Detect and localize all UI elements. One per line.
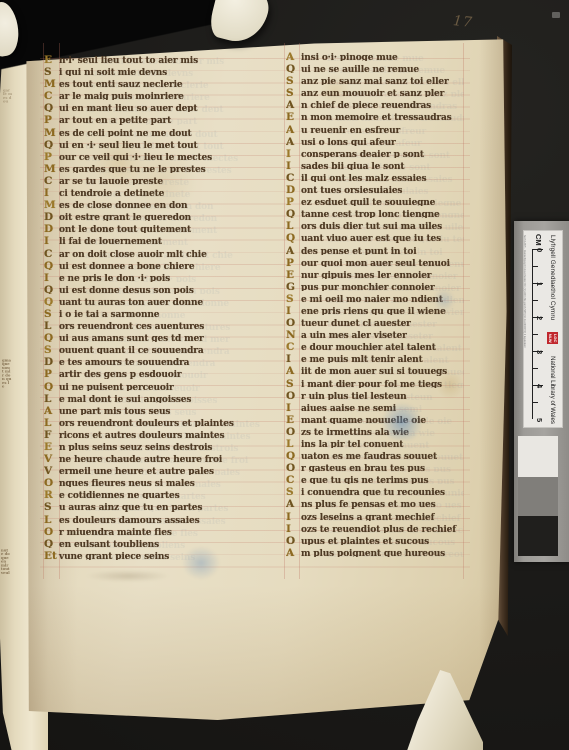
decorated-initial: A (286, 547, 301, 557)
line-text: zs te irmettins ala wie (301, 428, 409, 436)
text-line: Ausi o lons qui afeur (286, 134, 464, 146)
line-text: n chief de piece reuendras (301, 101, 431, 109)
decorated-initial: A (44, 405, 59, 415)
text-line: An chief de piece reuendras (286, 97, 464, 109)
line-text: uant viuo auer est que iu tes (301, 234, 441, 242)
nlw-logo: LGCNLW (548, 332, 559, 344)
line-text: pus pur monchier connoier (301, 283, 435, 291)
line-text: ouuent quant il ce souuendra (59, 346, 204, 354)
text-line: Qui ne se auille ne remue (286, 61, 464, 73)
decorated-initial: G (286, 281, 301, 291)
text-line: Lors reuendront ces auentures (44, 318, 284, 330)
decorated-initial: C (286, 172, 301, 182)
line-text: il qui ont les malz essaies (301, 174, 426, 182)
text-line: Par tout en a petite part (44, 112, 284, 124)
decorated-initial: I (44, 187, 59, 197)
decorated-initial: L (44, 514, 59, 524)
decorated-initial: S (44, 308, 59, 318)
text-line: Quaton es me faudras souuet (286, 448, 464, 460)
line-text: consperans deaier p sont (301, 150, 424, 158)
line-text: r gasteus en brau tes pus (301, 464, 425, 472)
text-line: Iene pris riens qu que il wiene (286, 303, 464, 315)
decorated-initial: I (286, 160, 301, 170)
text-line: Ici tendroie a detinete (44, 185, 284, 197)
decorated-initial: C (44, 175, 59, 185)
decorated-initial: L (286, 438, 301, 448)
text-line: Sanz pie sanz mai sanz toi eller (286, 73, 464, 85)
cm-label: CM (534, 234, 543, 246)
decorated-initial: M (44, 78, 59, 88)
decorated-initial: I (286, 148, 301, 158)
line-text: ene pris riens qu que il wiene (301, 307, 446, 315)
text-line: Or gasteus en brau tes pus (286, 460, 464, 472)
decorated-initial: I (44, 235, 59, 245)
text-line: Ainsi o·i· pinoge mue (286, 49, 464, 61)
text-line: Gpus pur monchier connoier (286, 279, 464, 291)
manuscript-column-left: En·i· seul lieu tout to aier misSi qui n… (44, 52, 284, 560)
decorated-initial: E (286, 111, 301, 121)
decorated-initial: O (286, 317, 301, 327)
line-text: usi o lons qui afeur (301, 138, 396, 146)
decorated-initial: M (44, 127, 59, 137)
text-line: Qui est donnee a bone chiere (44, 258, 284, 270)
folio-number: 17 (452, 13, 473, 31)
line-text: ui en mant lieu so auer dept (59, 104, 197, 112)
line-text: anz eun mouuoir et sanz pler (301, 89, 444, 97)
text-line: Cil qui ont les malz essaies (286, 170, 464, 182)
line-text: e me puis mlt tenir alent (301, 355, 423, 363)
line-text: n plus seins seuz seins destrois (59, 443, 212, 451)
line-text: ui ne se auille ne remue (301, 65, 419, 73)
line-text: ui aus amans sunt ges td mer (59, 334, 204, 342)
text-line: Iozs te reuendiot plus de rechief (286, 521, 464, 533)
decorated-initial: Q (286, 208, 301, 218)
line-text: ci tendroie a detinete (59, 189, 164, 197)
nlw-logo-bottom: NLW (549, 334, 554, 343)
line-text: insi o·i· pinoge mue (301, 53, 398, 61)
ruler-fine-print: hech 1/205 - Gwnaethpwyd Colourchecker D… (523, 235, 526, 348)
decorated-initial: Q (44, 296, 59, 306)
decorated-initial: M (44, 163, 59, 173)
line-text: des pense et punt in toi (301, 247, 416, 255)
line-text: ozs te reuendiot plus de rechief (301, 525, 456, 533)
decorated-initial: P (286, 196, 301, 206)
decorated-initial: Q (44, 332, 59, 342)
text-line: Quant tu auras ton auer donne (44, 294, 284, 306)
text-line: Si o ie tai a sarmonne (44, 306, 284, 318)
decorated-initial: M (44, 199, 59, 209)
library-name-english: National Library of Wales (550, 356, 557, 424)
text-line: Lins la pir tel conuent (286, 436, 464, 448)
decorated-initial: A (286, 365, 301, 375)
decorated-initial: C (44, 248, 59, 258)
line-text: e dour mouchier atel talent (301, 343, 436, 351)
line-text: anz pie sanz mai sanz toi eller (301, 77, 449, 85)
decorated-initial: L (44, 320, 59, 330)
line-text: es de celi point ne me dout (59, 129, 192, 137)
line-text: nques fieures neus si males (59, 479, 195, 487)
decorated-initial: Q (44, 102, 59, 112)
decorated-initial: I (286, 402, 301, 412)
decorated-initial: S (44, 344, 59, 354)
grayscale-patch-white (518, 436, 558, 477)
text-line: Or miuendra mainte fies (44, 524, 284, 536)
decorated-initial: O (286, 426, 301, 436)
grayscale-patch-black (518, 516, 558, 556)
text-line: Qui en mant lieu so auer dept (44, 100, 284, 112)
line-text: ors reuendront ces auentures (59, 322, 204, 330)
decorated-initial: Q (286, 232, 301, 242)
text-line: En mon memoire et tressaudras (286, 109, 464, 121)
decorated-initial: R (44, 489, 59, 499)
scale-number: 3 (535, 350, 544, 354)
text-line: Si qui ni soit mie devns (44, 64, 284, 76)
line-text: ors duis dier tut sui ma uiles (301, 222, 442, 230)
edge-fragment-2: nute do que en mlr tout veul (1, 549, 10, 575)
line-text: ez esduet quil te souuiegne (301, 198, 435, 206)
line-text: ont le done tout quitement (59, 225, 191, 233)
decorated-initial: A (286, 136, 301, 146)
line-text: ar le maig puis moinriere (59, 92, 184, 100)
decorated-initial: I (286, 353, 301, 363)
library-name-welsh: Llyfrgell Genedlaethol Cymru (550, 235, 557, 320)
decorated-initial: A (286, 51, 301, 61)
line-text: oit estre grant le gueredon (59, 213, 191, 221)
decorated-initial: S (44, 66, 59, 76)
line-text: li fai de louernement (59, 237, 162, 245)
line-text: our ce veil qui ·i· lieu le mectes (59, 153, 212, 161)
line-text: ermeil une heure et autre pales (59, 467, 214, 475)
text-line: Au reuenir en esfreur (286, 122, 464, 134)
page-weight-top (207, 0, 273, 48)
line-text: e cotidiennes ne quartes (59, 491, 180, 499)
text-line: Ie me puis mlt tenir alent (286, 351, 464, 363)
line-text: es gardes que tu ne le prestes (59, 165, 206, 173)
text-line: Iconsperans deaier p sont (286, 146, 464, 158)
text-line: Qui en ·i· seul lieu le met tout (44, 137, 284, 149)
text-line: Car on doit close auoir mlt chie (44, 246, 284, 258)
decorated-initial: A (286, 498, 301, 508)
line-text: tueur dunet cl auester (301, 319, 411, 327)
decorated-initial: I (286, 305, 301, 315)
decorated-initial: S (286, 87, 301, 97)
line-text: ar se tu lauoie preste (59, 177, 163, 185)
line-text: iit de mon auer sui si touuegs (301, 367, 447, 375)
decorated-initial: C (286, 474, 301, 484)
text-line: Su auras ainz que tu en partes (44, 499, 284, 511)
line-text: u auras ainz que tu en partes (59, 503, 202, 511)
line-text: upus et plaintes et sucous (301, 537, 429, 545)
ruler-label: Llyfrgell Genedlaethol Cymru LGCNLW Nati… (523, 230, 563, 428)
decorated-initial: I (286, 523, 301, 533)
text-line: Re cotidiennes ne quartes (44, 487, 284, 499)
decorated-initial: A (286, 245, 301, 255)
text-line: Si mant dier pour fol me tiegs (286, 376, 464, 388)
decorated-initial: Q (286, 450, 301, 460)
text-line: Mes de close donnee en don (44, 197, 284, 209)
text-line: Souuent quant il ce souuendra (44, 342, 284, 354)
line-text: ui en ·i· seul lieu le met tout (59, 141, 197, 149)
decorated-initial: P (44, 114, 59, 124)
text-line: Vne heure chaude autre heure froi (44, 451, 284, 463)
decorated-initial: O (44, 477, 59, 487)
decorated-initial: Q (286, 63, 301, 73)
text-line: Ce que tu qis ne terims pus (286, 472, 464, 484)
line-text: i mant dier pour fol me tiegs (301, 380, 442, 388)
decorated-initial: D (44, 211, 59, 221)
text-line: Doit estre grant le gueredon (44, 209, 284, 221)
decorated-initial: S (286, 293, 301, 303)
decorated-initial: E (44, 441, 59, 451)
decorated-initial: E (44, 54, 59, 64)
text-line: Oupus et plaintes et sucous (286, 533, 464, 545)
text-line: Emant quame nouuelle oie (286, 412, 464, 424)
scale-number: 0 (535, 248, 544, 252)
line-text: e tes amours te souuendra (59, 358, 189, 366)
decorated-initial: O (286, 535, 301, 545)
text-line: Le mal dont ie sui angoisses (44, 391, 284, 403)
text-line: Les douleurs damours assaies (44, 512, 284, 524)
decorated-initial: I (286, 511, 301, 521)
decorated-initial: A (286, 124, 301, 134)
text-line: Enur gipuis mes ler ennoier (286, 267, 464, 279)
text-line: Ce dour mouchier atel talent (286, 339, 464, 351)
line-text: e mi oeil mo naier mo ndient (301, 295, 443, 303)
line-text: m plus poignent que hureous (301, 549, 445, 557)
text-line: Ili fai de louernement (44, 233, 284, 245)
text-line: Etvune grant piece seins (44, 548, 284, 560)
text-line: Ans plus fe pensas et mo ues (286, 496, 464, 508)
decorated-initial: D (44, 356, 59, 366)
ruler-scale: CM 012345 (531, 235, 546, 423)
text-line: Car se tu lauoie preste (44, 173, 284, 185)
decorated-initial: S (286, 486, 301, 496)
decorated-initial: V (44, 453, 59, 463)
text-line: Qui ne puisent perceuoir (44, 379, 284, 391)
line-text: uant tu auras ton auer donne (59, 298, 203, 306)
manuscript-column-right: Ainsi o·i· pinoge mueQui ne se auille ne… (286, 49, 464, 557)
text-line: Dont le done tout quitement (44, 221, 284, 233)
line-text: i qui ni soit mie devns (59, 68, 167, 76)
text-line: Si conuendra que tu recounies (286, 484, 464, 496)
vertical-ruling-line-3 (284, 43, 285, 579)
text-line: Qui aus amans sunt ges td mer (44, 330, 284, 342)
text-line: Mes tout enti sauz neclerie (44, 76, 284, 88)
nlw-logo-top: LGC (554, 334, 559, 342)
line-text: aiues aaise ne semi (301, 404, 396, 412)
line-text: ozs leseins a grant mechief (301, 513, 434, 521)
top-right-mark (552, 12, 560, 18)
decorated-initial: O (44, 526, 59, 536)
decorated-initial: Q (44, 381, 59, 391)
line-text: sades bii qiua le sont (301, 162, 404, 170)
text-line: Or uin plus tiel lesteun (286, 388, 464, 400)
line-text: es tout enti sauz neclerie (59, 80, 182, 88)
decorated-initial: E (286, 414, 301, 424)
decorated-initial: Q (44, 139, 59, 149)
text-line: Quant viuo auer est que iu tes (286, 230, 464, 242)
text-line: Qen eulsant toubliens (44, 536, 284, 548)
decorated-initial: F (44, 429, 59, 439)
decorated-initial: D (286, 184, 301, 194)
line-text: a uin mes aler viseter (301, 331, 407, 339)
text-line: Otueur dunet cl auester (286, 315, 464, 327)
decorated-initial: L (44, 393, 59, 403)
line-text: r uin plus tiel lesteun (301, 392, 407, 400)
line-text: ui est donnee a bone chiere (59, 262, 194, 270)
photo-background: gma qne uout mlr don ques le nute do que… (0, 0, 569, 750)
line-text: i o ie tai a sarmonne (59, 310, 159, 318)
text-line: Iozs leseins a grant mechief (286, 509, 464, 521)
line-text: ui est donne desus son pois (59, 286, 194, 294)
text-line: Ie ne pris le don ·i· pois (44, 270, 284, 282)
text-line: Se mi oeil mo naier mo ndient (286, 291, 464, 303)
text-line: Ozs te irmettins ala wie (286, 424, 464, 436)
line-text: e ne pris le don ·i· pois (59, 274, 170, 282)
text-line: Pez esduet quil te souuiegne (286, 194, 464, 206)
scale-number: 4 (535, 384, 544, 388)
line-text: our quoi mon auer seul tenuoi (301, 259, 450, 267)
line-text: n mon memoire et tressaudras (301, 113, 452, 121)
text-line: Partir des gens p esdouoir (44, 366, 284, 378)
text-line: Dont tues orsiesuiaies (286, 182, 464, 194)
decorated-initial: L (286, 220, 301, 230)
text-line: En·i· seul lieu tout to aier mis (44, 52, 284, 64)
decorated-initial: L (44, 417, 59, 427)
scale-number: 5 (535, 418, 544, 422)
text-line: Lors duis dier tut sui ma uiles (286, 218, 464, 230)
text-line: Fricons et autres douleurs maintes (44, 427, 284, 439)
decorated-initial: O (286, 462, 301, 472)
text-line: Lors reuendront douleurs et plaintes (44, 415, 284, 427)
line-text: e mal dont ie sui angoisses (59, 395, 191, 403)
line-text: ins la pir tel conuent (301, 440, 403, 448)
text-line: De tes amours te souuendra (44, 354, 284, 366)
text-line: Aiit de mon auer sui si touuegs (286, 363, 464, 375)
text-line: Qtanne cest trop lonc tiengne (286, 206, 464, 218)
decorated-initial: Q (44, 284, 59, 294)
text-line: Mes gardes que tu ne le prestes (44, 161, 284, 173)
decorated-initial: Q (44, 260, 59, 270)
page-weight-left (0, 0, 22, 58)
decorated-initial: P (286, 257, 301, 267)
line-text: une part mis tous seus (59, 407, 170, 415)
text-line: Am plus poignent que hureous (286, 545, 464, 557)
line-text: e que tu qis ne terims pus (301, 476, 428, 484)
decorated-initial: C (44, 90, 59, 100)
line-text: ar tout en a petite part (59, 116, 171, 124)
text-line: En plus seins seuz seins destrois (44, 439, 284, 451)
line-text: artir des gens p esdouoir (59, 370, 181, 378)
decorated-initial: I (44, 272, 59, 282)
text-line: Onques fieures neus si males (44, 475, 284, 487)
line-text: nur gipuis mes ler ennoier (301, 271, 431, 279)
line-text: vune grant piece seins (59, 552, 169, 560)
line-text: tanne cest trop lonc tiengne (301, 210, 440, 218)
line-text: ui ne puisent perceuoir (59, 383, 174, 391)
line-text: es de close donnee en don (59, 201, 187, 209)
decorated-initial: S (286, 75, 301, 85)
decorated-initial: P (44, 151, 59, 161)
decorated-initial: E (286, 269, 301, 279)
scale-number: 2 (535, 316, 544, 320)
decorated-initial: C (286, 341, 301, 351)
text-line: Pour quoi mon auer seul tenuoi (286, 255, 464, 267)
text-line: Iaiues aaise ne semi (286, 400, 464, 412)
edge-fragment-3: qar le mes dou (3, 89, 12, 104)
edge-fragment-1: gma qne uout mlr don ques le (2, 359, 11, 389)
line-text: u reuenir en esfreur (301, 126, 400, 134)
text-line: Isades bii qiua le sont (286, 158, 464, 170)
text-line: Vermeil une heure et autre pales (44, 463, 284, 475)
text-line: Aune part mis tous seus (44, 403, 284, 415)
line-text: mant quame nouuelle oie (301, 416, 426, 424)
decorated-initial: P (44, 368, 59, 378)
text-line: Ades pense et punt in toi (286, 243, 464, 255)
decorated-initial: Et (44, 550, 59, 560)
text-line: Pour ce veil qui ·i· lieu le mectes (44, 149, 284, 161)
scale-number: 1 (535, 282, 544, 286)
line-text: es douleurs damours assaies (59, 516, 200, 524)
text-line: Qui est donne desus son pois (44, 282, 284, 294)
text-line: Na uin mes aler viseter (286, 327, 464, 339)
line-text: ar on doit close auoir mlt chie (59, 250, 207, 258)
decorated-initial: Q (44, 538, 59, 548)
line-text: n·i· seul lieu tout to aier mis (59, 56, 198, 64)
decorated-initial: A (286, 99, 301, 109)
line-text: ricons et autres douleurs maintes (59, 431, 224, 439)
text-line: Sanz eun mouuoir et sanz pler (286, 85, 464, 97)
line-text: en eulsant toubliens (59, 540, 159, 548)
line-text: r miuendra mainte fies (59, 528, 172, 536)
line-text: ns plus fe pensas et mo ues (301, 500, 436, 508)
line-text: ont tues orsiesuiaies (301, 186, 402, 194)
text-line: Car le maig puis moinriere (44, 88, 284, 100)
line-text: ors reuendront douleurs et plaintes (59, 419, 234, 427)
decorated-initial: S (44, 501, 59, 511)
line-text: i conuendra que tu recounies (301, 488, 445, 496)
line-text: ne heure chaude autre heure froi (59, 455, 222, 463)
text-line: Mes de celi point ne me dout (44, 125, 284, 137)
decorated-initial: N (286, 329, 301, 339)
decorated-initial: O (286, 390, 301, 400)
line-text: uaton es me faudras souuet (301, 452, 437, 460)
decorated-initial: V (44, 465, 59, 475)
grayscale-patch-gray (518, 477, 558, 516)
decorated-initial: S (286, 378, 301, 388)
ruler-tick-strip (532, 249, 543, 419)
decorated-initial: D (44, 223, 59, 233)
